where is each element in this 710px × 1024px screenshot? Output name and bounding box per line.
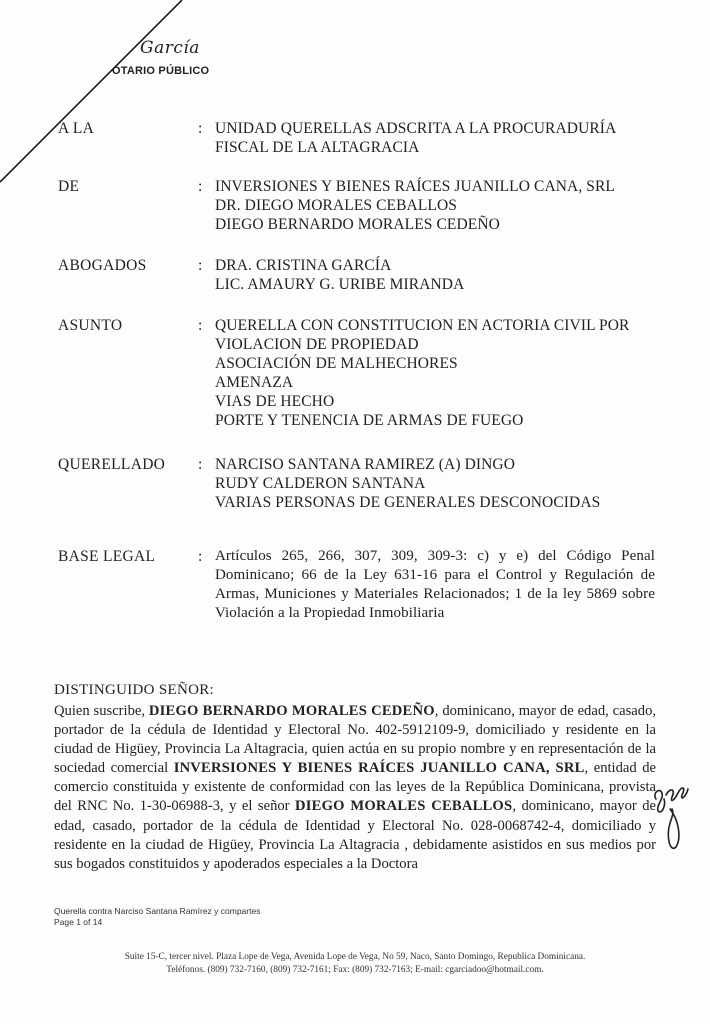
handwritten-initials: [648, 775, 696, 855]
header-value: LIC. AMAURY G. URIBE MIRANDA: [215, 275, 660, 294]
header-value: PORTE Y TENENCIA DE ARMAS DE FUEGO: [215, 411, 660, 430]
body-paragraph: Quien suscribe, DIEGO BERNARDO MORALES C…: [54, 702, 656, 874]
header-values: INVERSIONES Y BIENES RAÍCES JUANILLO CAN…: [215, 177, 660, 234]
header-colon: :: [198, 177, 202, 196]
header-colon: :: [198, 256, 202, 275]
header-value: QUERELLA CON CONSTITUCION EN ACTORIA CIV…: [215, 316, 660, 335]
letterhead-name: García: [140, 38, 200, 58]
footer-document-info: Querella contra Narciso Santana Ramírez …: [54, 906, 260, 928]
header-values: UNIDAD QUERELLAS ADSCRITA A LA PROCURADU…: [215, 119, 660, 157]
header-value: VIAS DE HECHO: [215, 392, 660, 411]
greeting: DISTINGUIDO SEÑOR:: [54, 682, 214, 699]
footer-address-line: Suite 15-C, tercer nivel. Plaza Lope de …: [0, 951, 710, 964]
footer-page-number: Page 1 of 14: [54, 917, 260, 928]
header-label: QUERELLADO: [58, 455, 193, 474]
legal-basis-text: Artículos 265, 266, 307, 309, 309-3: c) …: [215, 547, 655, 623]
header-colon: :: [198, 316, 202, 335]
header-value: UNIDAD QUERELLAS ADSCRITA A LA PROCURADU…: [215, 119, 660, 138]
header-value: DIEGO BERNARDO MORALES CEDEÑO: [215, 215, 660, 234]
header-values: Artículos 265, 266, 307, 309, 309-3: c) …: [215, 547, 655, 623]
header-label: ABOGADOS: [58, 256, 193, 275]
header-value: NARCISO SANTANA RAMIREZ (A) DINGO: [215, 455, 660, 474]
header-values: NARCISO SANTANA RAMIREZ (A) DINGO RUDY C…: [215, 455, 660, 512]
header-label: DE: [58, 177, 193, 196]
header-colon: :: [198, 547, 202, 566]
header-label: A LA: [58, 119, 193, 138]
header-value: INVERSIONES Y BIENES RAÍCES JUANILLO CAN…: [215, 177, 660, 196]
header-colon: :: [198, 455, 202, 474]
body-text-segment: Quien suscribe,: [54, 703, 149, 719]
header-value: ASOCIACIÓN DE MALHECHORES: [215, 354, 660, 373]
header-value: RUDY CALDERON SANTANA: [215, 474, 660, 493]
header-value: DR. DIEGO MORALES CEBALLOS: [215, 196, 660, 215]
header-colon: :: [198, 119, 202, 138]
document-page: García OTARIO PÚBLICO A LA : UNIDAD QUER…: [0, 0, 710, 1024]
header-label: BASE LEGAL: [58, 547, 193, 566]
header-value: VARIAS PERSONAS DE GENERALES DESCONOCIDA…: [215, 493, 660, 512]
bold-name: DIEGO MORALES CEBALLOS: [295, 798, 512, 814]
footer-doc-title: Querella contra Narciso Santana Ramírez …: [54, 906, 260, 917]
header-values: DRA. CRISTINA GARCÍA LIC. AMAURY G. URIB…: [215, 256, 660, 294]
bold-name: DIEGO BERNARDO MORALES CEDEÑO: [149, 703, 435, 719]
header-values: QUERELLA CON CONSTITUCION EN ACTORIA CIV…: [215, 316, 660, 430]
bold-name: INVERSIONES Y BIENES RAÍCES JUANILLO CAN…: [174, 760, 585, 776]
footer-contact-line: Teléfonos. (809) 732-7160, (809) 732-716…: [0, 964, 710, 977]
letterhead-title: OTARIO PÚBLICO: [112, 65, 209, 77]
footer-address: Suite 15-C, tercer nivel. Plaza Lope de …: [0, 951, 710, 977]
header-value: AMENAZA: [215, 373, 660, 392]
header-value: FISCAL DE LA ALTAGRACIA: [215, 138, 660, 157]
header-value: VIOLACION DE PROPIEDAD: [215, 335, 660, 354]
header-label: ASUNTO: [58, 316, 193, 335]
header-value: DRA. CRISTINA GARCÍA: [215, 256, 660, 275]
